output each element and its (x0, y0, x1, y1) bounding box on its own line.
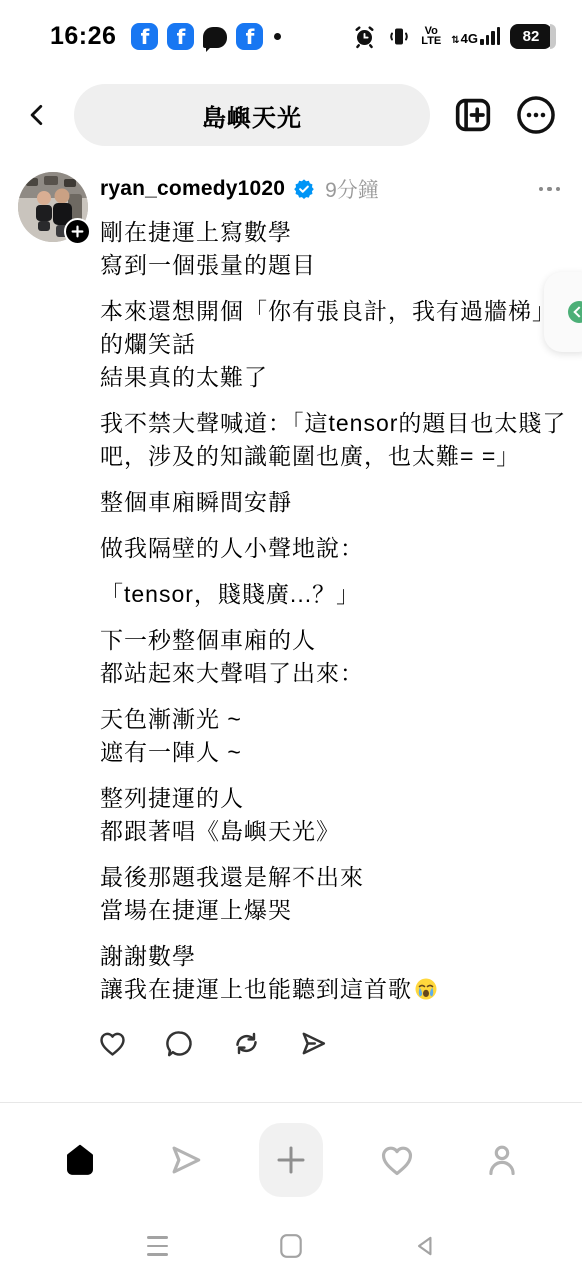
android-back-button[interactable] (408, 1229, 442, 1263)
thread-topic-pill[interactable]: 島嶼天光 (74, 84, 430, 146)
crying-emoji-icon (414, 977, 438, 1001)
square-icon (278, 1232, 304, 1260)
post-paragraph: 本來還想開個「你有張良計，我有過牆梯」的爛笑話 結果真的太難了 (100, 295, 568, 394)
floating-widget[interactable] (544, 272, 582, 352)
android-navigation-bar (0, 1212, 582, 1280)
chevron-left-icon (24, 100, 50, 130)
post-paragraph: 整個車廂瞬間安靜 (100, 486, 568, 519)
send-icon (298, 1028, 329, 1059)
post-paragraph: 「tensor，賤賤廣...？」 (100, 578, 568, 611)
plus-icon (273, 1142, 309, 1178)
android-recents-button[interactable] (140, 1229, 174, 1263)
nav-activity-button[interactable] (365, 1141, 429, 1179)
username[interactable]: ryan_comedy1020 (100, 177, 285, 201)
clock: 16:26 (50, 22, 116, 51)
post-paragraph: 整列捷運的人 都跟著唱《島嶼天光》 (100, 782, 568, 848)
vibrate-icon (387, 24, 411, 49)
follow-plus-badge[interactable] (64, 218, 91, 245)
plus-icon (71, 225, 84, 238)
repost-icon (231, 1028, 262, 1059)
triangle-back-icon (412, 1233, 438, 1259)
nav-profile-button[interactable] (470, 1141, 534, 1179)
post-paragraph: 做我隔壁的人小聲地說： (100, 532, 568, 565)
more-circle-icon (514, 93, 558, 137)
nav-feed-button[interactable] (154, 1141, 218, 1179)
post-paragraph: 剛在捷運上寫數學 寫到一個張量的題目 (100, 216, 568, 282)
post-paragraph: 下一秒整個車廂的人 都站起來大聲唱了出來： (100, 624, 568, 690)
back-button[interactable] (24, 95, 58, 135)
signal-bars: ⇅ 4G (451, 27, 500, 45)
menu-lines-icon (147, 1236, 168, 1256)
person-icon (483, 1141, 521, 1179)
alarm-icon (352, 24, 377, 49)
divider (0, 1102, 582, 1103)
status-bar: 16:26 f f f Vo LTE ⇅ 4G (0, 0, 582, 62)
post: ryan_comedy1020 9分鐘 剛在捷運上寫數學 寫到一個張量的題目 本… (0, 168, 582, 1059)
share-button[interactable] (298, 1028, 329, 1059)
verified-badge-icon (293, 178, 315, 200)
post-paragraph: 謝謝數學 讓我在捷運上也能聽到這首歌 (100, 940, 568, 1006)
post-paragraph: 天色漸漸光 ~ 遮有一陣人 ~ (100, 703, 568, 769)
volte-indicator: Vo LTE (421, 26, 441, 46)
more-options-button[interactable] (514, 93, 558, 137)
heart-icon (97, 1028, 128, 1059)
nav-home-button[interactable] (48, 1141, 112, 1179)
page-title: 島嶼天光 (202, 98, 302, 133)
post-actions (97, 1028, 582, 1059)
post-paragraph: 最後那題我還是解不出來 當場在捷運上爆哭 (100, 861, 568, 927)
facebook-notification-icon: f (131, 23, 158, 50)
bottom-navigation (0, 1110, 582, 1210)
like-button[interactable] (97, 1028, 128, 1059)
floating-widget-green-icon (568, 301, 582, 323)
post-body: 剛在捷運上寫數學 寫到一個張量的題目 本來還想開個「你有張良計，我有過牆梯」的爛… (100, 216, 568, 1006)
notification-dot (274, 33, 281, 40)
post-paragraph: 我不禁大聲喊道：「這tensor的題目也太賤了吧，涉及的知識範圍也廣，也太難= … (100, 407, 568, 473)
post-menu-button[interactable] (537, 181, 563, 198)
facebook-notification-icon: f (236, 23, 263, 50)
android-home-button[interactable] (274, 1229, 308, 1263)
post-timestamp: 9分鐘 (325, 174, 379, 204)
nav-create-button[interactable] (259, 1123, 323, 1197)
paper-plane-icon (167, 1141, 205, 1179)
facebook-notification-icon: f (167, 23, 194, 50)
chat-bubble-icon (203, 27, 227, 48)
add-column-button[interactable] (450, 92, 496, 138)
comment-icon (164, 1028, 195, 1059)
repost-button[interactable] (231, 1028, 262, 1059)
battery-indicator: 82 (510, 24, 556, 49)
comment-button[interactable] (164, 1028, 195, 1059)
add-column-icon (450, 92, 496, 138)
heart-icon (378, 1141, 416, 1179)
home-icon (61, 1141, 99, 1179)
app-header: 島嶼天光 (0, 80, 582, 150)
